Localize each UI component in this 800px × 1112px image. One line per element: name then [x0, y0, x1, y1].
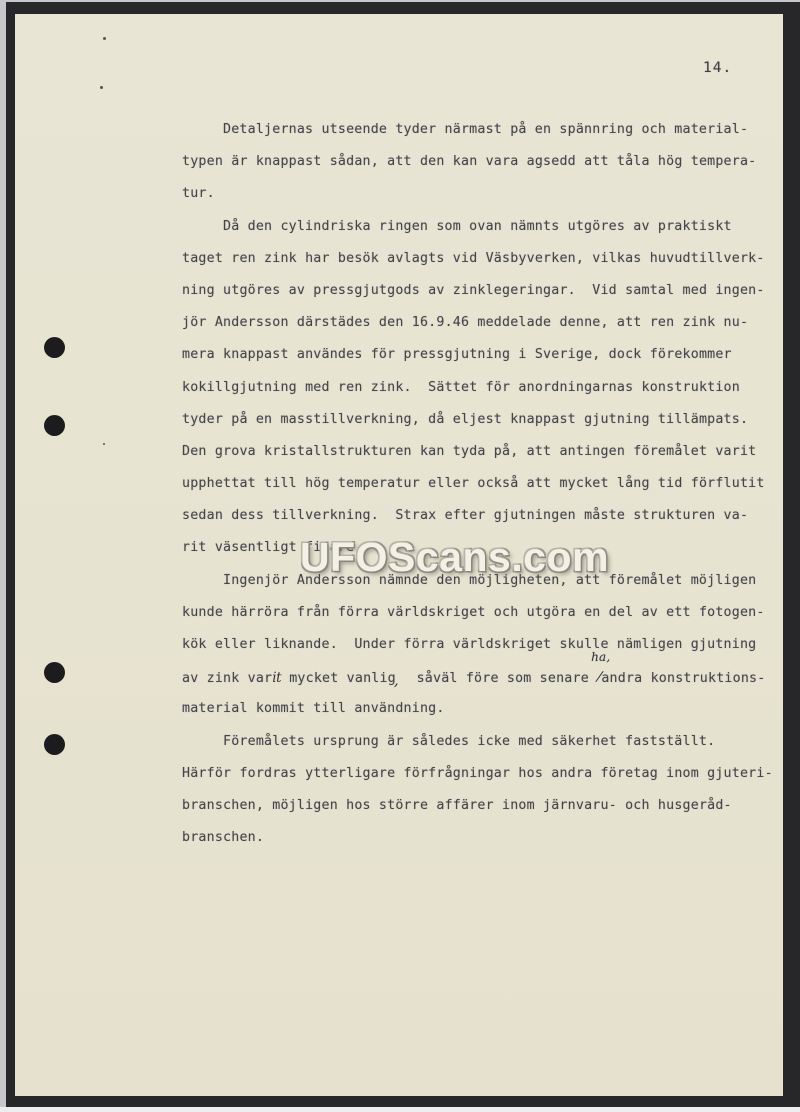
text-line: Då den cylindriska ringen som ovan nämnt… — [182, 211, 798, 243]
text-line: kök eller liknande. Under förra världskr… — [182, 629, 798, 661]
text-line: upphettat till hög temperatur eller ocks… — [182, 468, 798, 500]
text-line: tur. — [182, 178, 798, 210]
text-line: Detaljernas utseende tyder närmast på en… — [182, 114, 798, 146]
punch-hole — [44, 337, 65, 358]
text-line: Den grova kristallstrukturen kan tyda på… — [182, 436, 798, 468]
text-line: ning utgöres av pressgjutgods av zinkleg… — [182, 275, 798, 307]
scanner-background-strip — [0, 1107, 800, 1112]
text-line: Föremålets ursprung är således icke med … — [182, 726, 798, 758]
text-line: kokillgjutning med ren zink. Sättet för … — [182, 372, 798, 404]
handwritten-comma: , — [394, 671, 398, 689]
text-line: sedan dess tillverkning. Strax efter gju… — [182, 500, 798, 532]
text-line: taget ren zink har besök avlagts vid Väs… — [182, 243, 798, 275]
punch-hole — [44, 734, 65, 755]
text-line: typen är knappast sådan, att den kan var… — [182, 146, 798, 178]
text-line: jör Andersson därstädes den 16.9.46 medd… — [182, 307, 798, 339]
text-line: material kommit till användning. — [182, 693, 798, 725]
text-line: branschen. — [182, 822, 798, 854]
typed-segment: såväl före som senare — [400, 671, 597, 686]
handwritten-insert-it: it — [272, 670, 281, 686]
text-line: tyder på en masstillverkning, då eljest … — [182, 404, 798, 436]
ink-speck — [100, 86, 103, 89]
typed-segment: av zink var — [182, 671, 272, 686]
paper-sheet: 14. Detaljernas utseende tyder närmast p… — [15, 14, 783, 1096]
ink-speck — [103, 443, 105, 445]
punch-hole — [44, 662, 65, 683]
text-line: branschen, möjligen hos större affärer i… — [182, 790, 798, 822]
typed-segment: mycket vanlig — [281, 671, 396, 686]
typewritten-text-block: Detaljernas utseende tyder närmast på en… — [182, 114, 798, 854]
typed-segment: andra konstruktions- — [601, 671, 765, 686]
punch-hole — [44, 415, 65, 436]
text-line-with-handwritten-corrections: av zink varit mycket vanlig, såväl före … — [182, 661, 798, 693]
text-line: Härför fordras ytterligare förfrågningar… — [182, 758, 798, 790]
page-number: 14. — [703, 60, 732, 76]
text-line: mera knappast användes för pressgjutning… — [182, 339, 798, 371]
scanned-document-page: 14. Detaljernas utseende tyder närmast p… — [0, 0, 800, 1112]
ink-speck — [103, 37, 106, 40]
text-line: kunde härröra från förra världskriget oc… — [182, 597, 798, 629]
ufoscans-watermark: UFOScans.com — [300, 534, 609, 581]
